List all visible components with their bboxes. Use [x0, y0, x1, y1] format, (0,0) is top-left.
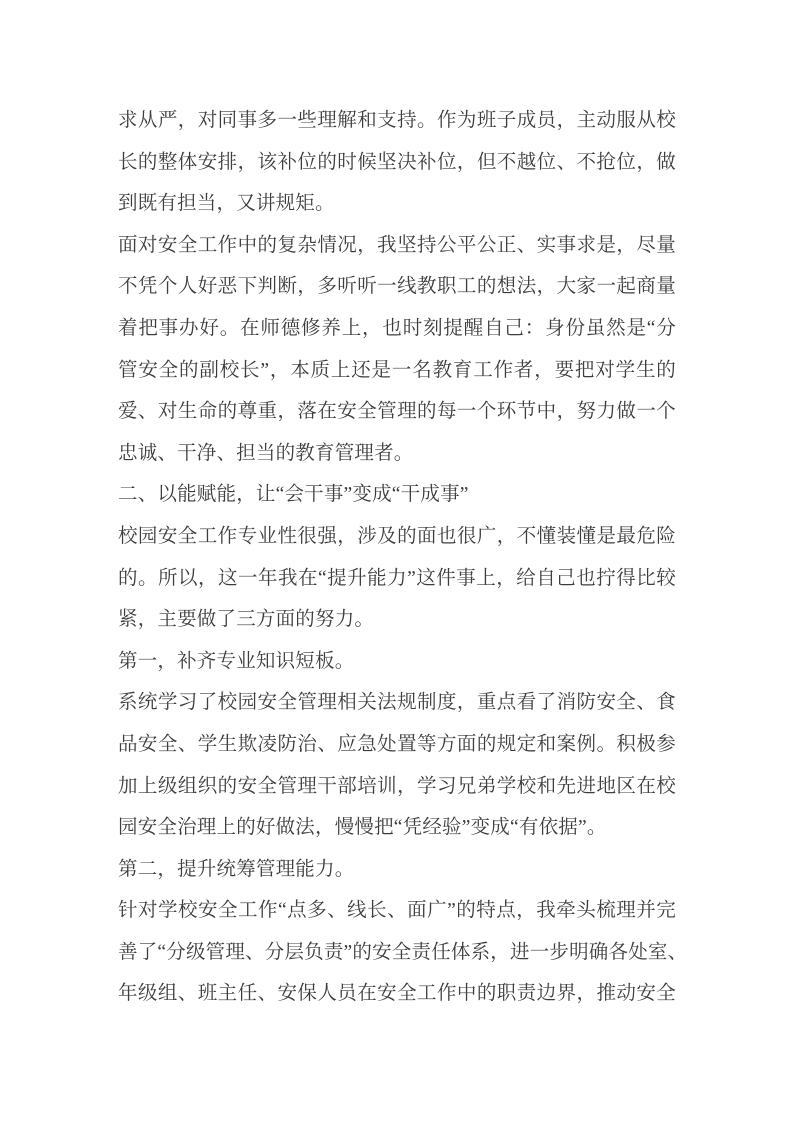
document-body: 求从严，对同事多一些理解和支持。作为班子成员，主动服从校 长的整体安排，该补位的… [118, 100, 676, 1015]
text-line: 不凭个人好恶下判断，多听听一线教职工的想法，大家一起商量 [118, 266, 676, 308]
text-line: 到既有担当，又讲规矩。 [118, 183, 676, 225]
text-line: 系统学习了校园安全管理相关法规制度，重点看了消防安全、食 [118, 682, 676, 724]
subsection-heading: 第一，补齐专业知识短板。 [118, 641, 676, 683]
text-line: 管安全的副校长”，本质上还是一名教育工作者，要把对学生的 [118, 350, 676, 392]
text-line: 爱、对生命的尊重，落在安全管理的每一个环节中，努力做一个 [118, 391, 676, 433]
text-line: 长的整体安排，该补位的时候坚决补位，但不越位、不抢位，做 [118, 142, 676, 184]
text-line: 紧，主要做了三方面的努力。 [118, 599, 676, 641]
text-line: 求从严，对同事多一些理解和支持。作为班子成员，主动服从校 [118, 100, 676, 142]
text-line: 的。所以，这一年我在“提升能力”这件事上，给自己也拧得比较 [118, 558, 676, 600]
document-page: 求从严，对同事多一些理解和支持。作为班子成员，主动服从校 长的整体安排，该补位的… [0, 0, 793, 1122]
text-line: 校园安全工作专业性很强，涉及的面也很广，不懂装懂是最危险 [118, 516, 676, 558]
text-line: 园安全治理上的好做法，慢慢把“凭经验”变成“有依据”。 [118, 807, 676, 849]
text-line: 忠诚、干净、担当的教育管理者。 [118, 433, 676, 475]
text-line: 善了“分级管理、分层负责”的安全责任体系，进一步明确各处室、 [118, 932, 676, 974]
text-line: 年级组、班主任、安保人员在安全工作中的职责边界，推动安全 [118, 973, 676, 1015]
text-line: 加上级组织的安全管理干部培训，学习兄弟学校和先进地区在校 [118, 766, 676, 808]
subsection-heading: 第二，提升统筹管理能力。 [118, 849, 676, 891]
section-heading: 二、以能赋能，让“会干事”变成“干成事” [118, 474, 676, 516]
text-line: 面对安全工作中的复杂情况，我坚持公平公正、实事求是，尽量 [118, 225, 676, 267]
text-line: 针对学校安全工作“点多、线长、面广”的特点，我牵头梳理并完 [118, 890, 676, 932]
text-line: 品安全、学生欺凌防治、应急处置等方面的规定和案例。积极参 [118, 724, 676, 766]
text-line: 着把事办好。在师德修养上，也时刻提醒自己：身份虽然是“分 [118, 308, 676, 350]
